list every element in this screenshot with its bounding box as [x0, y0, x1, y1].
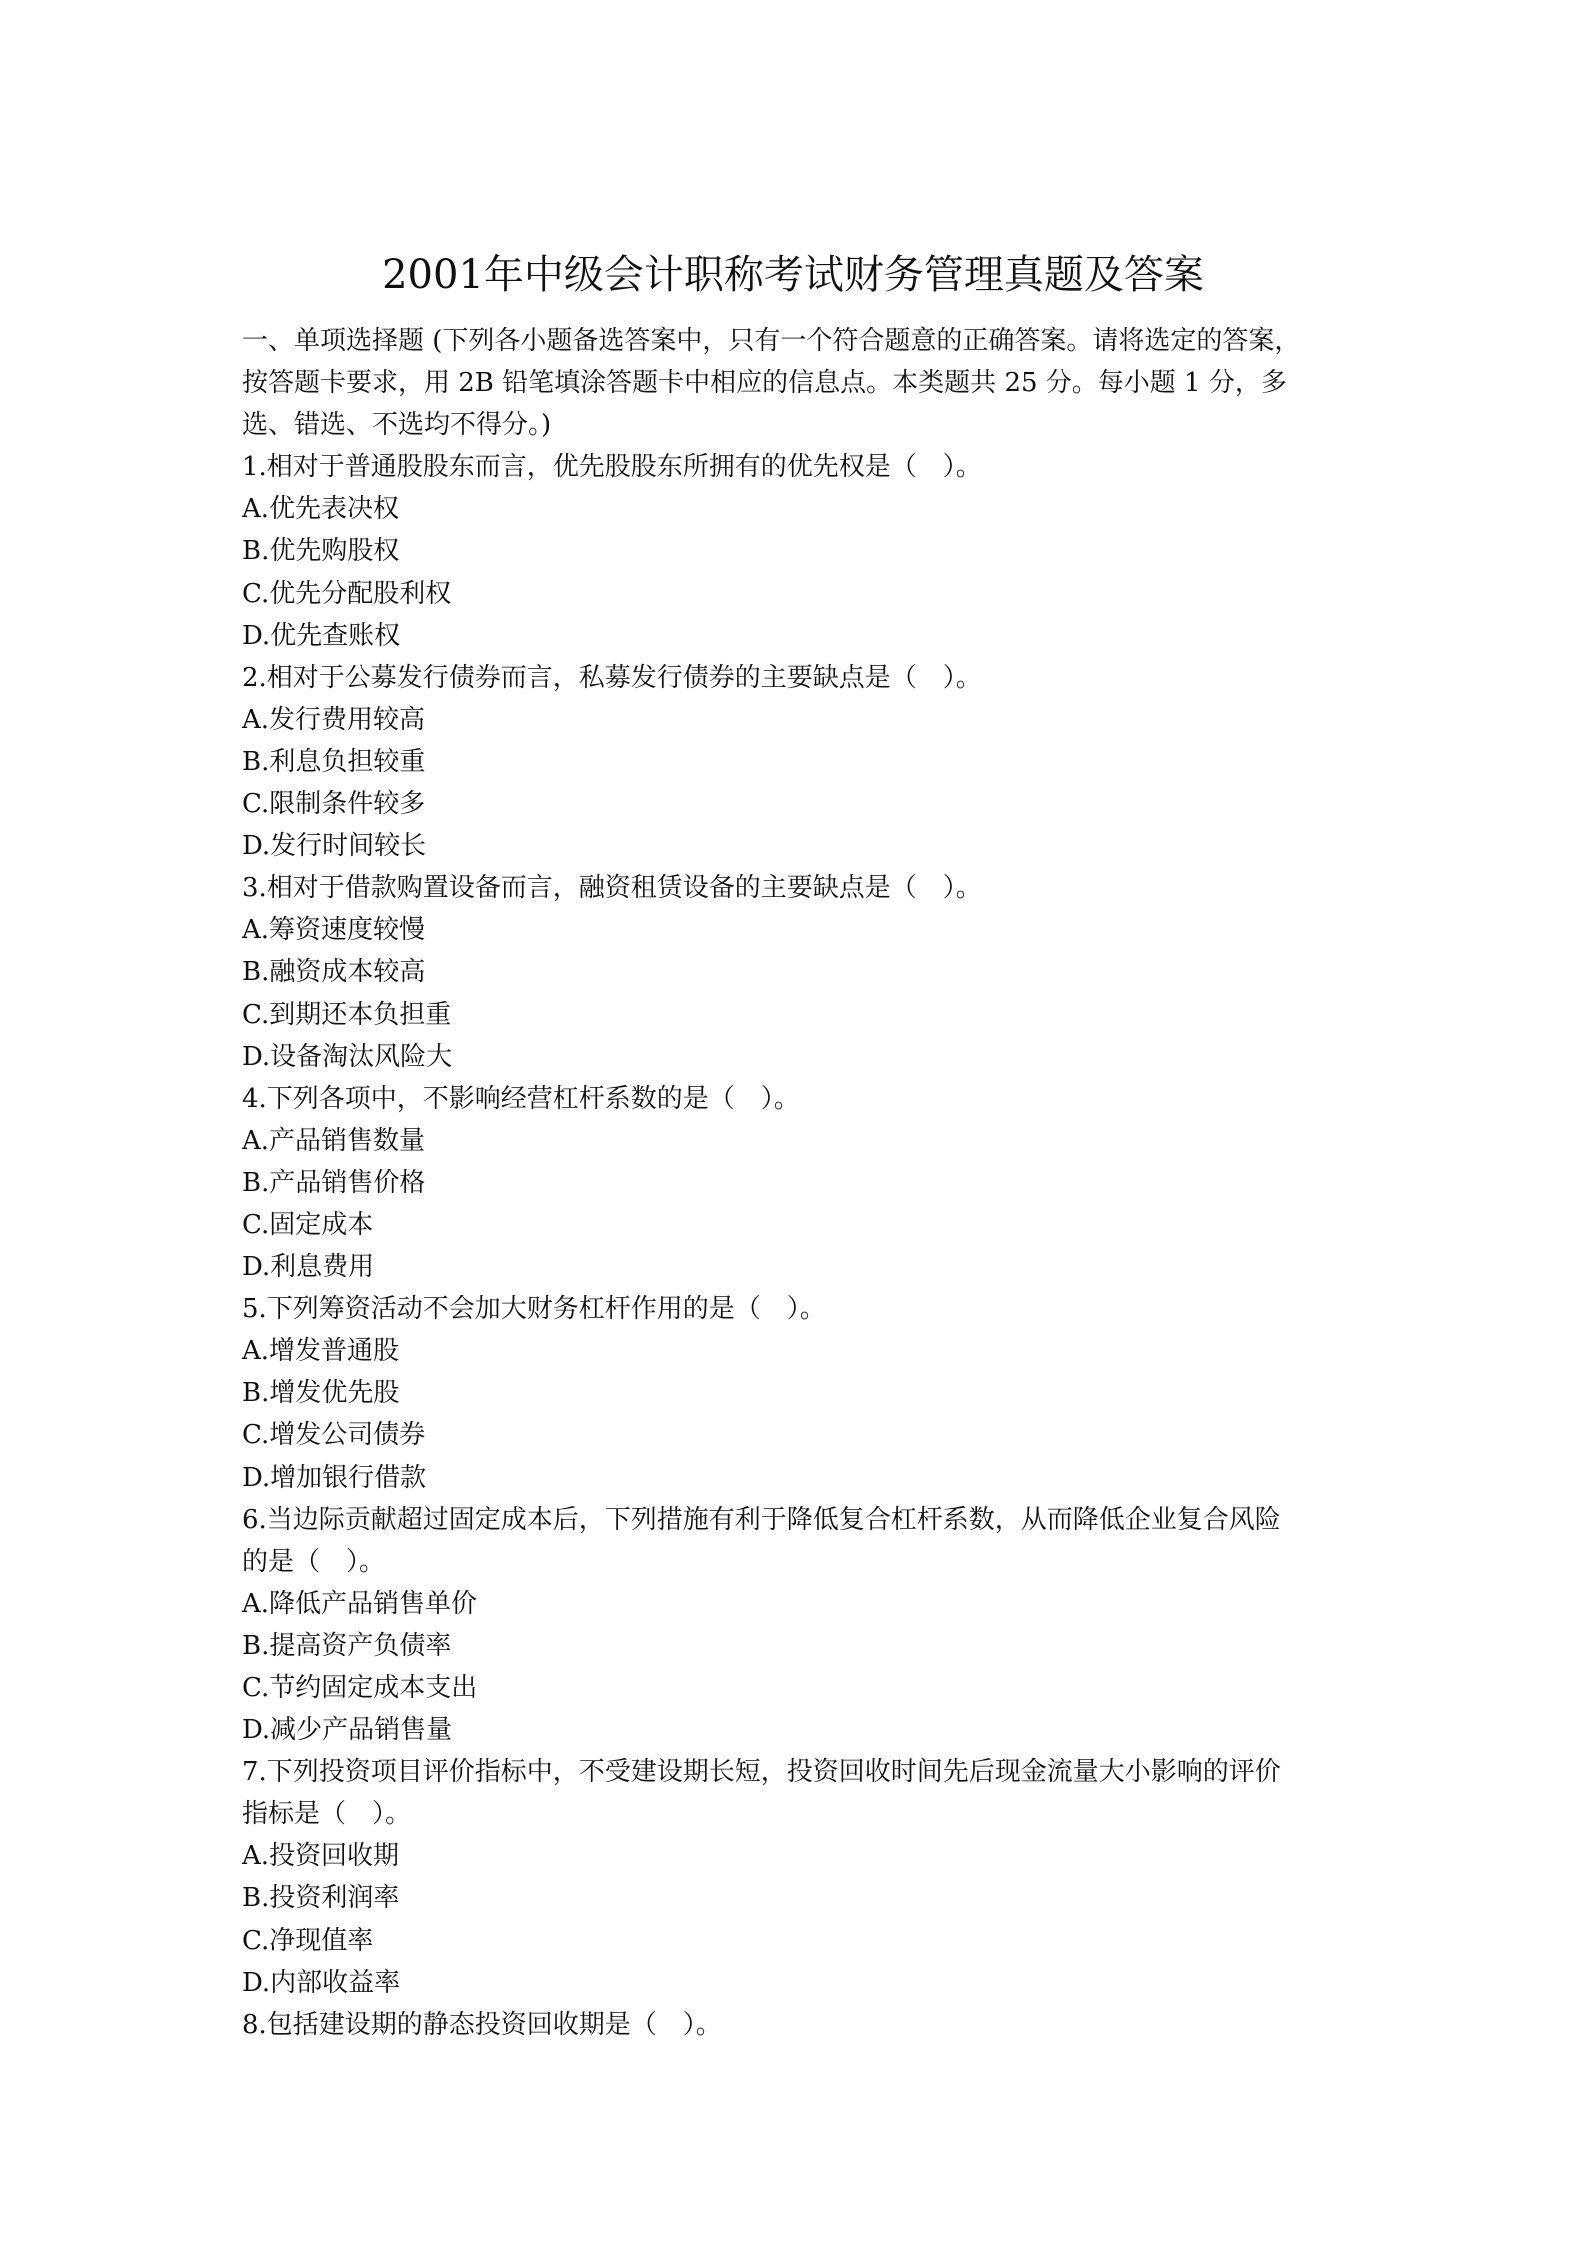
question-stem: 5.下列筹资活动不会加大财务杠杆作用的是（ ）。: [242, 1288, 1357, 1330]
document-body: 一、单项选择题 (下列各小题备选答案中，只有一个符合题意的正确答案。请将选定的答…: [242, 320, 1357, 2046]
option-d: D.设备淘汰风险大: [242, 1036, 1357, 1078]
section-heading-line: 一、单项选择题 (下列各小题备选答案中，只有一个符合题意的正确答案。请将选定的答…: [242, 320, 1357, 362]
option-c: C.优先分配股利权: [242, 573, 1357, 615]
question-1: 1.相对于普通股股东而言，优先股股东所拥有的优先权是（ ）。 A.优先表决权 B…: [242, 446, 1357, 656]
question-4: 4.下列各项中，不影响经营杠杆系数的是（ ）。 A.产品销售数量 B.产品销售价…: [242, 1078, 1357, 1288]
option-a: A.增发普通股: [242, 1330, 1357, 1372]
option-a: A.产品销售数量: [242, 1120, 1357, 1162]
question-stem: 3.相对于借款购置设备而言，融资租赁设备的主要缺点是（ ）。: [242, 867, 1357, 909]
option-c: C.限制条件较多: [242, 783, 1357, 825]
option-b: B.产品销售价格: [242, 1162, 1357, 1204]
option-d: D.增加银行借款: [242, 1457, 1357, 1499]
question-7: 7.下列投资项目评价指标中，不受建设期长短，投资回收时间先后现金流量大小影响的评…: [242, 1751, 1357, 2004]
option-a: A.筹资速度较慢: [242, 909, 1357, 951]
question-stem-cont: 的是（ ）。: [242, 1541, 1357, 1583]
question-stem: 4.下列各项中，不影响经营杠杆系数的是（ ）。: [242, 1078, 1357, 1120]
option-b: B.投资利润率: [242, 1877, 1357, 1919]
option-c: C.净现值率: [242, 1920, 1357, 1962]
option-d: D.发行时间较长: [242, 825, 1357, 867]
option-a: A.投资回收期: [242, 1835, 1357, 1877]
option-a: A.优先表决权: [242, 488, 1357, 530]
option-b: B.利息负担较重: [242, 741, 1357, 783]
question-5: 5.下列筹资活动不会加大财务杠杆作用的是（ ）。 A.增发普通股 B.增发优先股…: [242, 1288, 1357, 1498]
question-stem: 6.当边际贡献超过固定成本后，下列措施有利于降低复合杠杆系数，从而降低企业复合风…: [242, 1499, 1357, 1541]
document-title: 2001年中级会计职称考试财务管理真题及答案: [0, 245, 1586, 305]
option-c: C.增发公司债券: [242, 1414, 1357, 1456]
option-d: D.内部收益率: [242, 1962, 1357, 2004]
option-a: A.发行费用较高: [242, 699, 1357, 741]
section-heading-line: 选、错选、不选均不得分。): [242, 404, 1357, 446]
option-a: A.降低产品销售单价: [242, 1583, 1357, 1625]
question-stem: 8.包括建设期的静态投资回收期是（ ）。: [242, 2004, 1357, 2046]
option-d: D.减少产品销售量: [242, 1709, 1357, 1751]
option-c: C.到期还本负担重: [242, 994, 1357, 1036]
option-b: B.增发优先股: [242, 1372, 1357, 1414]
question-stem: 2.相对于公募发行债券而言，私募发行债券的主要缺点是（ ）。: [242, 657, 1357, 699]
option-c: C.固定成本: [242, 1204, 1357, 1246]
option-b: B.优先购股权: [242, 530, 1357, 572]
option-b: B.融资成本较高: [242, 951, 1357, 993]
option-b: B.提高资产负债率: [242, 1625, 1357, 1667]
option-c: C.节约固定成本支出: [242, 1667, 1357, 1709]
question-6: 6.当边际贡献超过固定成本后，下列措施有利于降低复合杠杆系数，从而降低企业复合风…: [242, 1499, 1357, 1752]
section-heading-line: 按答题卡要求，用 2B 铅笔填涂答题卡中相应的信息点。本类题共 25 分。每小题…: [242, 362, 1357, 404]
option-d: D.优先查账权: [242, 615, 1357, 657]
question-3: 3.相对于借款购置设备而言，融资租赁设备的主要缺点是（ ）。 A.筹资速度较慢 …: [242, 867, 1357, 1077]
section-heading: 一、单项选择题 (下列各小题备选答案中，只有一个符合题意的正确答案。请将选定的答…: [242, 320, 1357, 446]
question-stem-cont: 指标是（ ）。: [242, 1793, 1357, 1835]
question-2: 2.相对于公募发行债券而言，私募发行债券的主要缺点是（ ）。 A.发行费用较高 …: [242, 657, 1357, 867]
option-d: D.利息费用: [242, 1246, 1357, 1288]
question-stem: 7.下列投资项目评价指标中，不受建设期长短，投资回收时间先后现金流量大小影响的评…: [242, 1751, 1357, 1793]
question-stem: 1.相对于普通股股东而言，优先股股东所拥有的优先权是（ ）。: [242, 446, 1357, 488]
question-8: 8.包括建设期的静态投资回收期是（ ）。: [242, 2004, 1357, 2046]
document-page: 2001年中级会计职称考试财务管理真题及答案 一、单项选择题 (下列各小题备选答…: [0, 0, 1586, 2244]
